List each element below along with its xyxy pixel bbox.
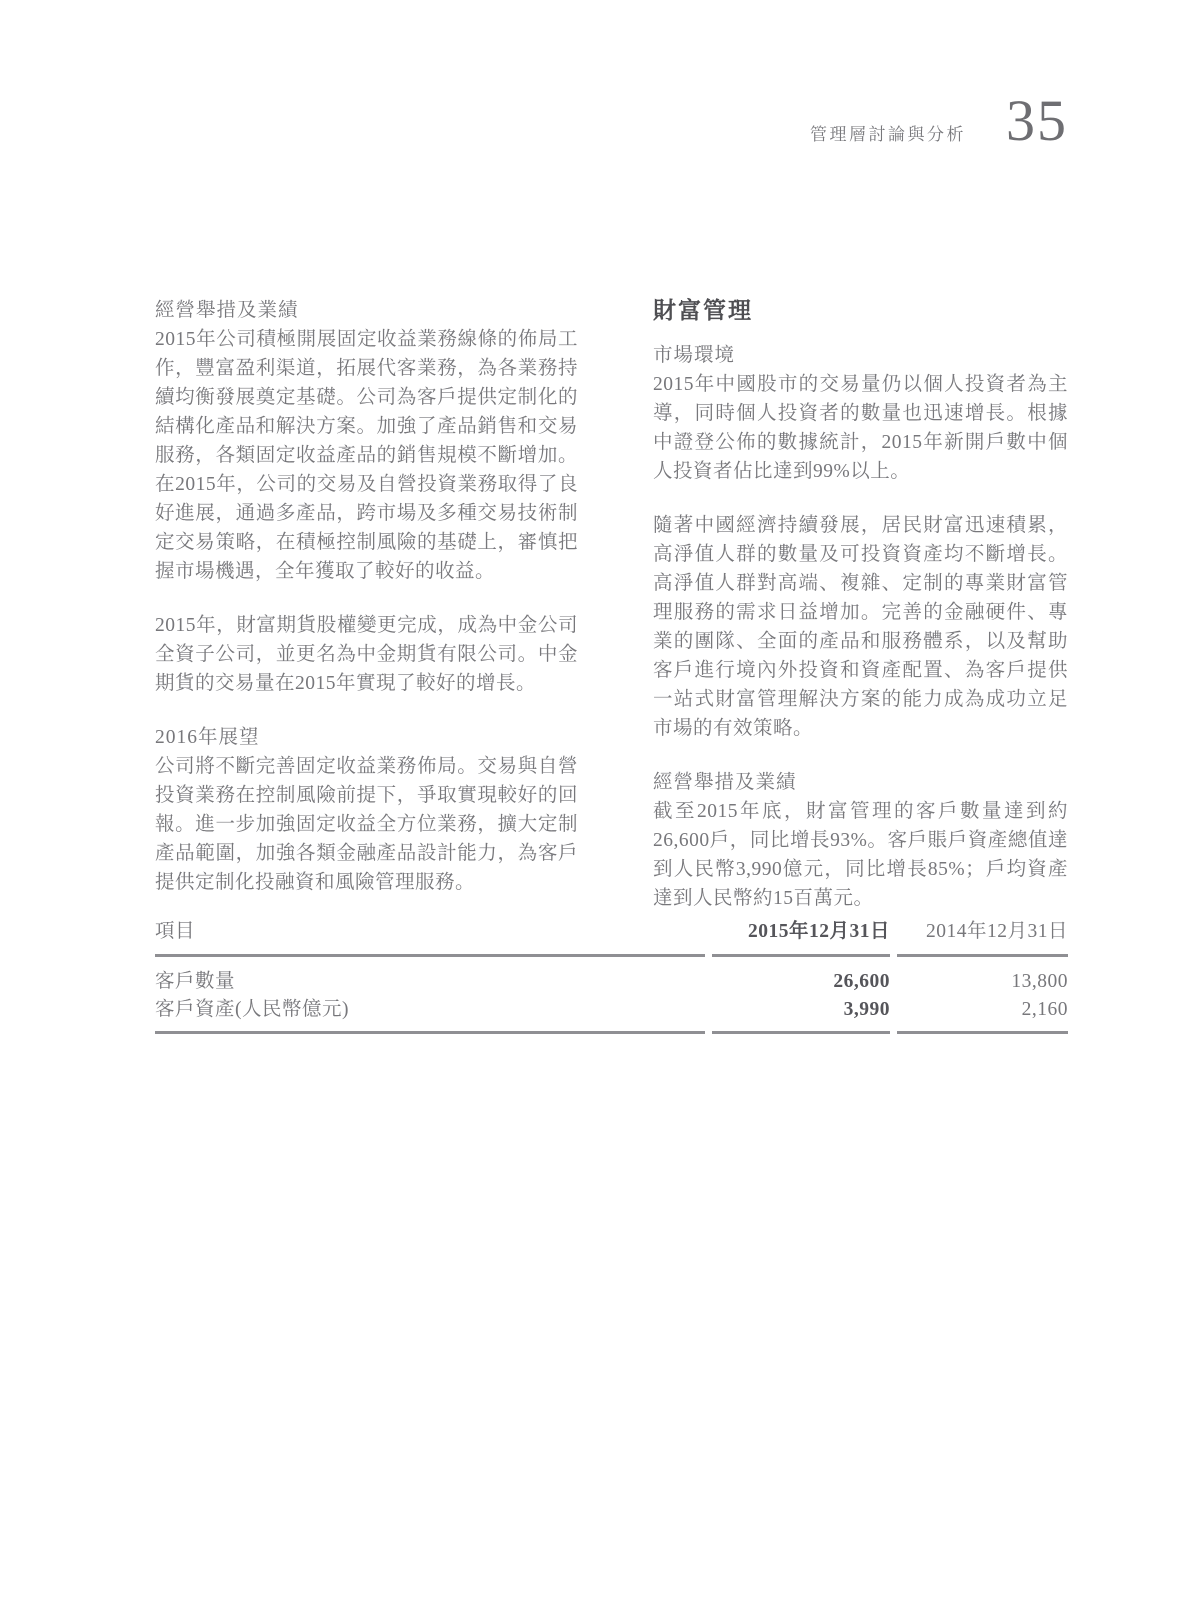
content-columns: 經營舉措及業績 2015年公司積極開展固定收益業務線條的佈局工作，豐富盈利渠道，… [155, 296, 1068, 913]
table-header-row: 項目 2015年12月31日 2014年12月31日 [155, 918, 1068, 957]
row-label-customer-assets: 客戶資產(人民幣億元) [155, 996, 705, 1034]
left-column: 經營舉措及業績 2015年公司積極開展固定收益業務線條的佈局工作，豐富盈利渠道，… [155, 296, 578, 913]
right-column: 財富管理 市場環境 2015年中國股市的交易量仍以個人投資者為主導，同時個人投資… [653, 296, 1068, 913]
page-header: 管理層討論與分析 35 [810, 92, 1068, 150]
paragraph-fixed-income-overview: 2015年公司積極開展固定收益業務線條的佈局工作，豐富盈利渠道，拓展代客業務，為… [155, 325, 578, 586]
report-page: 管理層討論與分析 35 經營舉措及業績 2015年公司積極開展固定收益業務線條的… [0, 0, 1190, 1615]
customer-count-2014: 13,800 [897, 957, 1068, 996]
paragraph-market-environment: 2015年中國股市的交易量仍以個人投資者為主導，同時個人投資者的數量也迅速增長。… [653, 370, 1068, 486]
table-header-2014: 2014年12月31日 [897, 918, 1068, 957]
subsection-label-2016-outlook: 2016年展望 [155, 723, 578, 752]
page-number: 35 [1006, 92, 1068, 150]
subsection-label-operations-results: 經營舉措及業績 [155, 296, 578, 325]
running-section-title: 管理層討論與分析 [810, 120, 966, 145]
table-header-item: 項目 [155, 918, 705, 957]
customer-assets-2015: 3,990 [712, 996, 890, 1034]
financial-table: 項目 2015年12月31日 2014年12月31日 客戶數量 26,600 1… [155, 918, 1068, 1034]
paragraph-wealth-trends: 隨著中國經濟持續發展，居民財富迅速積累，高淨值人群的數量及可投資資產均不斷增長。… [653, 511, 1068, 743]
subsection-label-market-environment: 市場環境 [653, 341, 1068, 370]
table-row-customer-assets: 客戶資產(人民幣億元) 3,990 2,160 [155, 996, 1068, 1034]
customer-assets-2014: 2,160 [897, 996, 1068, 1034]
row-label-customer-count: 客戶數量 [155, 957, 705, 996]
table-header-2015: 2015年12月31日 [712, 918, 890, 957]
paragraph-wm-results: 截至2015年底，財富管理的客戶數量達到約26,600戶，同比增長93%。客戶賬… [653, 797, 1068, 913]
paragraph-futures-subsidiary: 2015年，財富期貨股權變更完成，成為中金公司全資子公司，並更名為中金期貨有限公… [155, 611, 578, 698]
table-row-customer-count: 客戶數量 26,600 13,800 [155, 957, 1068, 996]
customer-count-2015: 26,600 [712, 957, 890, 996]
subsection-label-wm-operations-results: 經營舉措及業績 [653, 768, 1068, 797]
paragraph-2016-outlook: 公司將不斷完善固定收益業務佈局。交易與自營投資業務在控制風險前提下，爭取實現較好… [155, 752, 578, 897]
section-heading-wealth-management: 財富管理 [653, 296, 1068, 326]
